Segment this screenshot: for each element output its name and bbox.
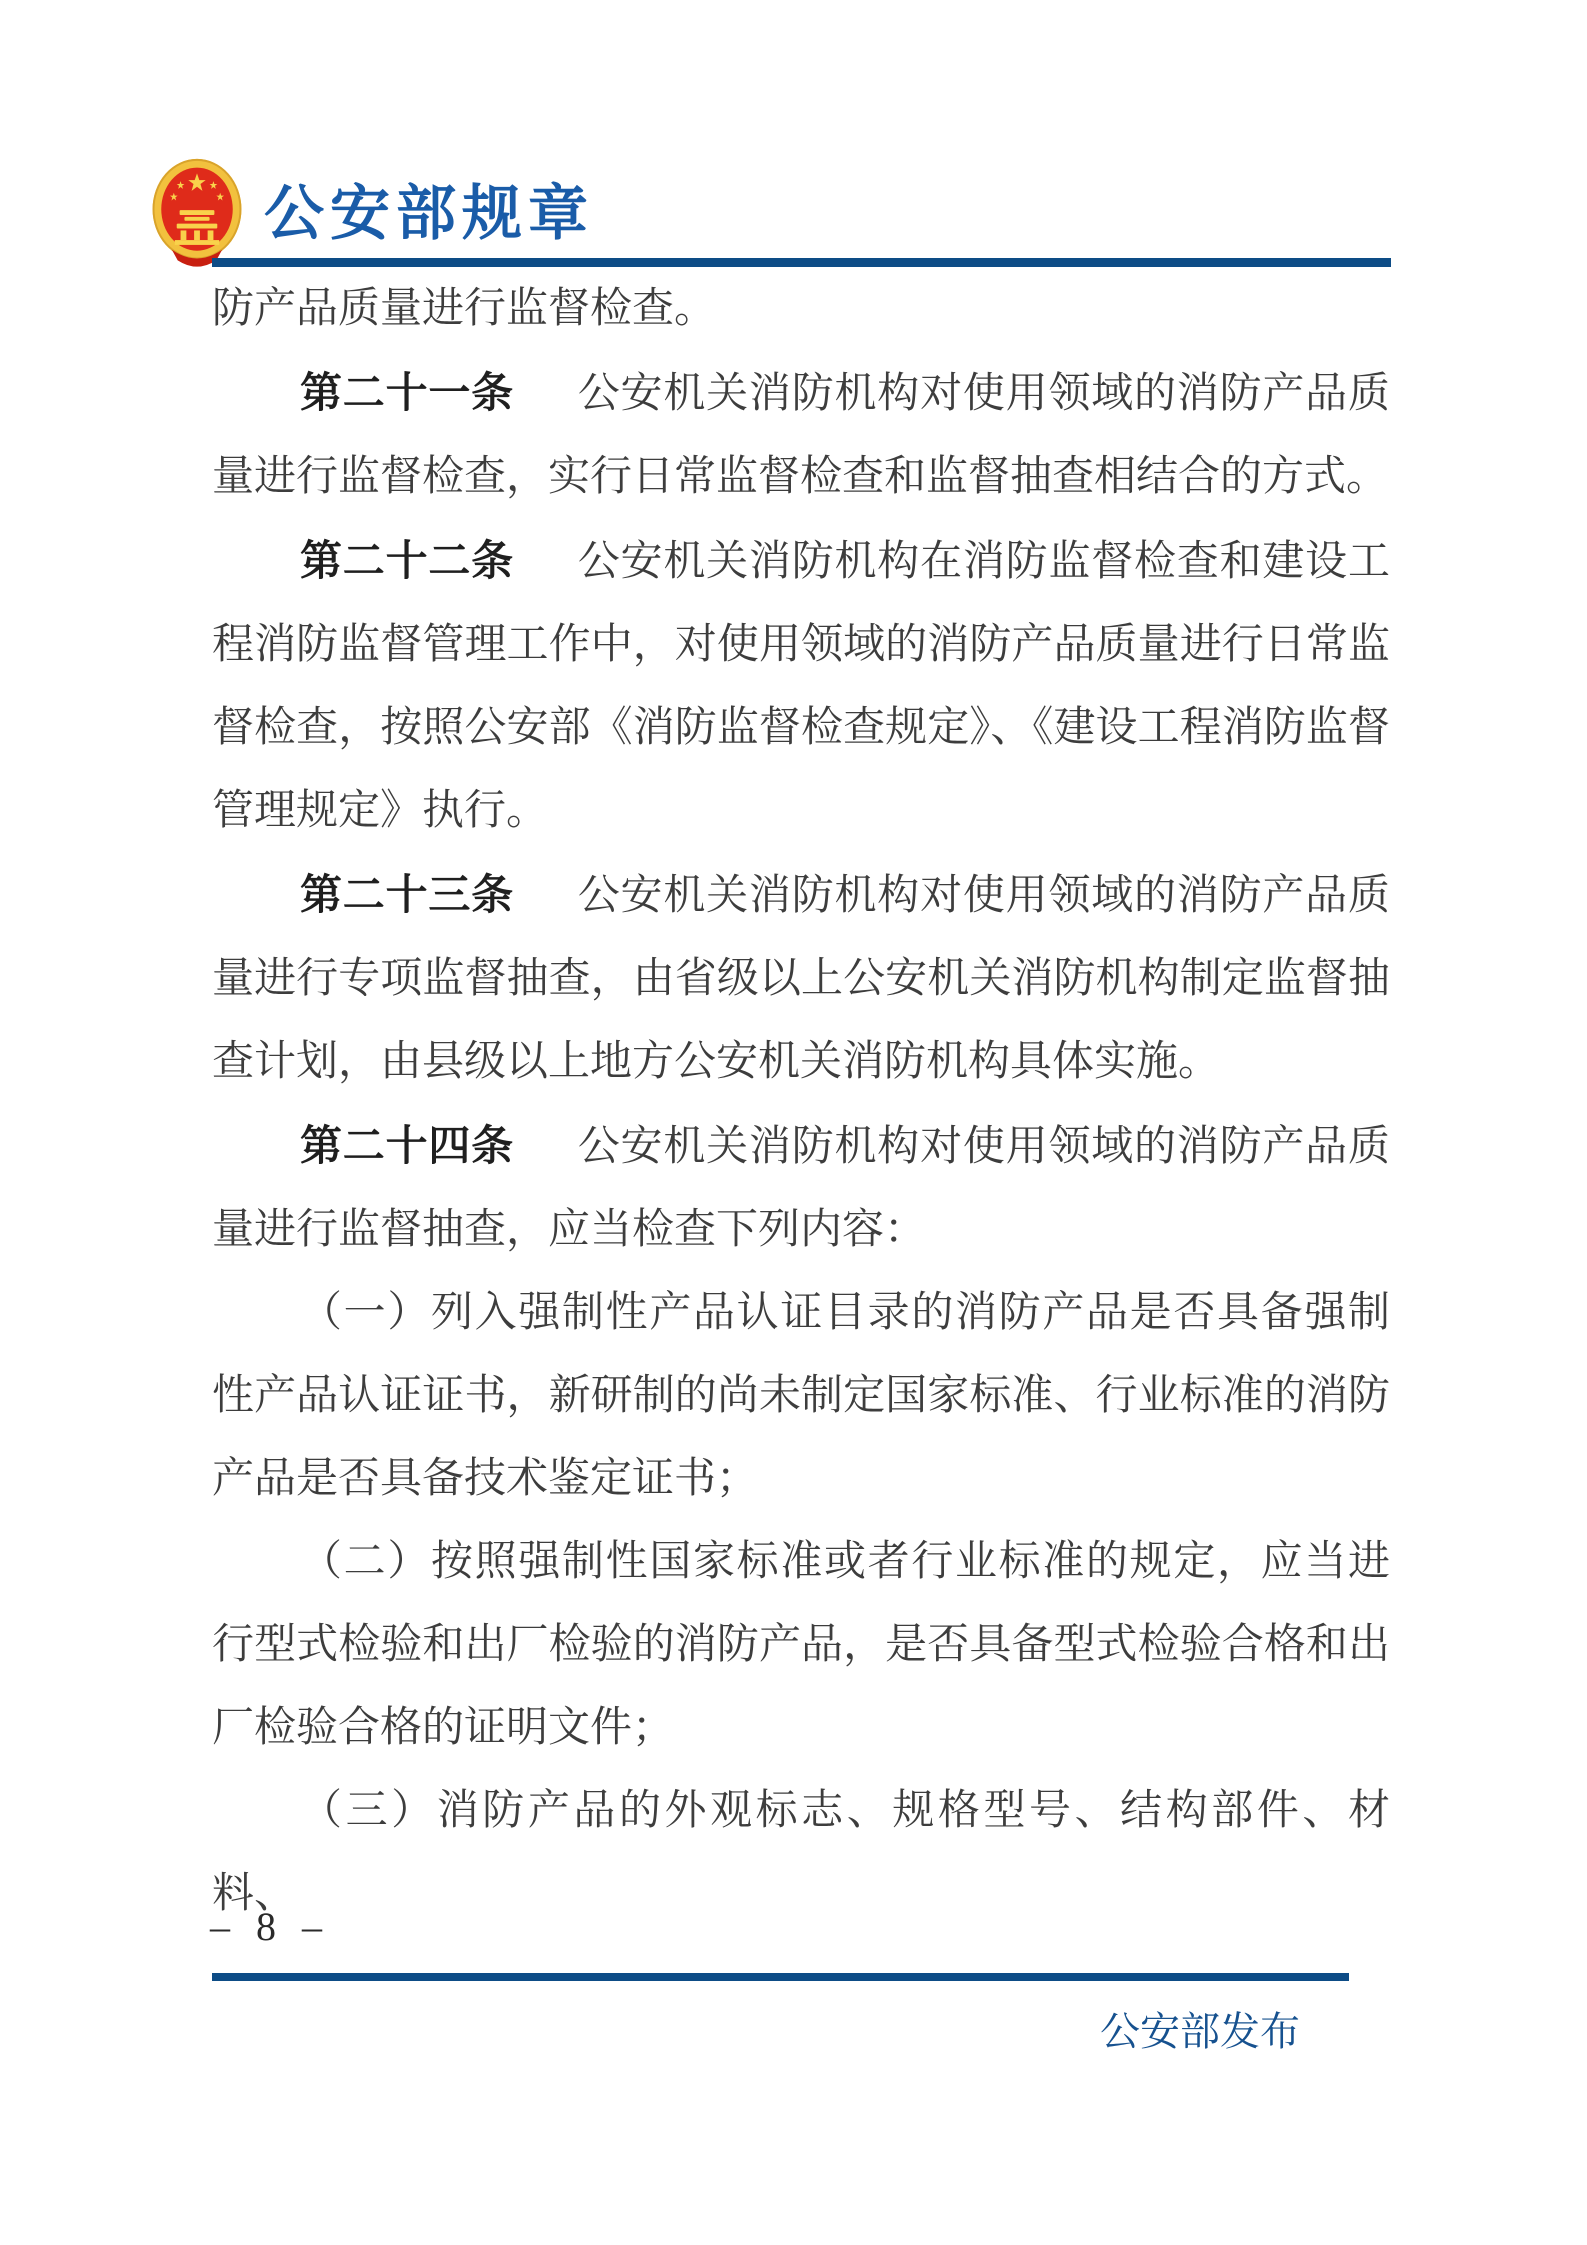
paragraph-text: （一）列入强制性产品认证目录的消防产品是否具备强制性产品认证证书，新研制的尚未制…	[212, 1290, 1390, 1502]
article-number: 第二十三条	[300, 871, 514, 918]
document-body: 防产品质量进行监督检查。第二十一条公安机关消防机构对使用领域的消防产品质量进行监…	[212, 268, 1390, 1936]
article-paragraph: 第二十一条公安机关消防机构对使用领域的消防产品质量进行监督检查，实行日常监督检查…	[212, 351, 1390, 519]
header-brand: 公安部规章	[150, 157, 594, 271]
article-paragraph: 第二十三条公安机关消防机构对使用领域的消防产品质量进行专项监督抽查，由省级以上公…	[212, 853, 1390, 1104]
body-paragraph: （三）消防产品的外观标志、规格型号、结构部件、材料、	[212, 1770, 1390, 1936]
page-number: – 8 –	[210, 1903, 330, 1951]
body-paragraph: （一）列入强制性产品认证目录的消防产品是否具备强制性产品认证证书，新研制的尚未制…	[212, 1272, 1390, 1521]
national-emblem-icon	[150, 157, 244, 271]
header-divider	[212, 258, 1391, 267]
paragraph-text: （二）按照强制性国家标准或者行业标准的规定，应当进行型式检验和出厂检验的消防产品…	[212, 1539, 1390, 1751]
paragraph-text: 防产品质量进行监督检查。	[212, 286, 716, 332]
article-paragraph: 第二十四条公安机关消防机构对使用领域的消防产品质量进行监督抽查，应当检查下列内容…	[212, 1104, 1390, 1272]
footer-divider	[212, 1973, 1349, 1981]
paragraph-text: （三）消防产品的外观标志、规格型号、结构部件、材料、	[212, 1788, 1390, 1917]
article-number: 第二十一条	[300, 369, 514, 416]
body-paragraph: （二）按照强制性国家标准或者行业标准的规定，应当进行型式检验和出厂检验的消防产品…	[212, 1521, 1390, 1770]
body-paragraph: 防产品质量进行监督检查。	[212, 268, 1390, 351]
article-number: 第二十二条	[300, 537, 514, 584]
article-paragraph: 第二十二条公安机关消防机构在消防监督检查和建设工程消防监督管理工作中，对使用领域…	[212, 519, 1390, 853]
header-title: 公安部规章	[264, 184, 594, 244]
article-number: 第二十四条	[300, 1122, 514, 1169]
publisher-label: 公安部发布	[1100, 2008, 1300, 2056]
document-page: 公安部规章 防产品质量进行监督检查。第二十一条公安机关消防机构对使用领域的消防产…	[0, 0, 1587, 2245]
